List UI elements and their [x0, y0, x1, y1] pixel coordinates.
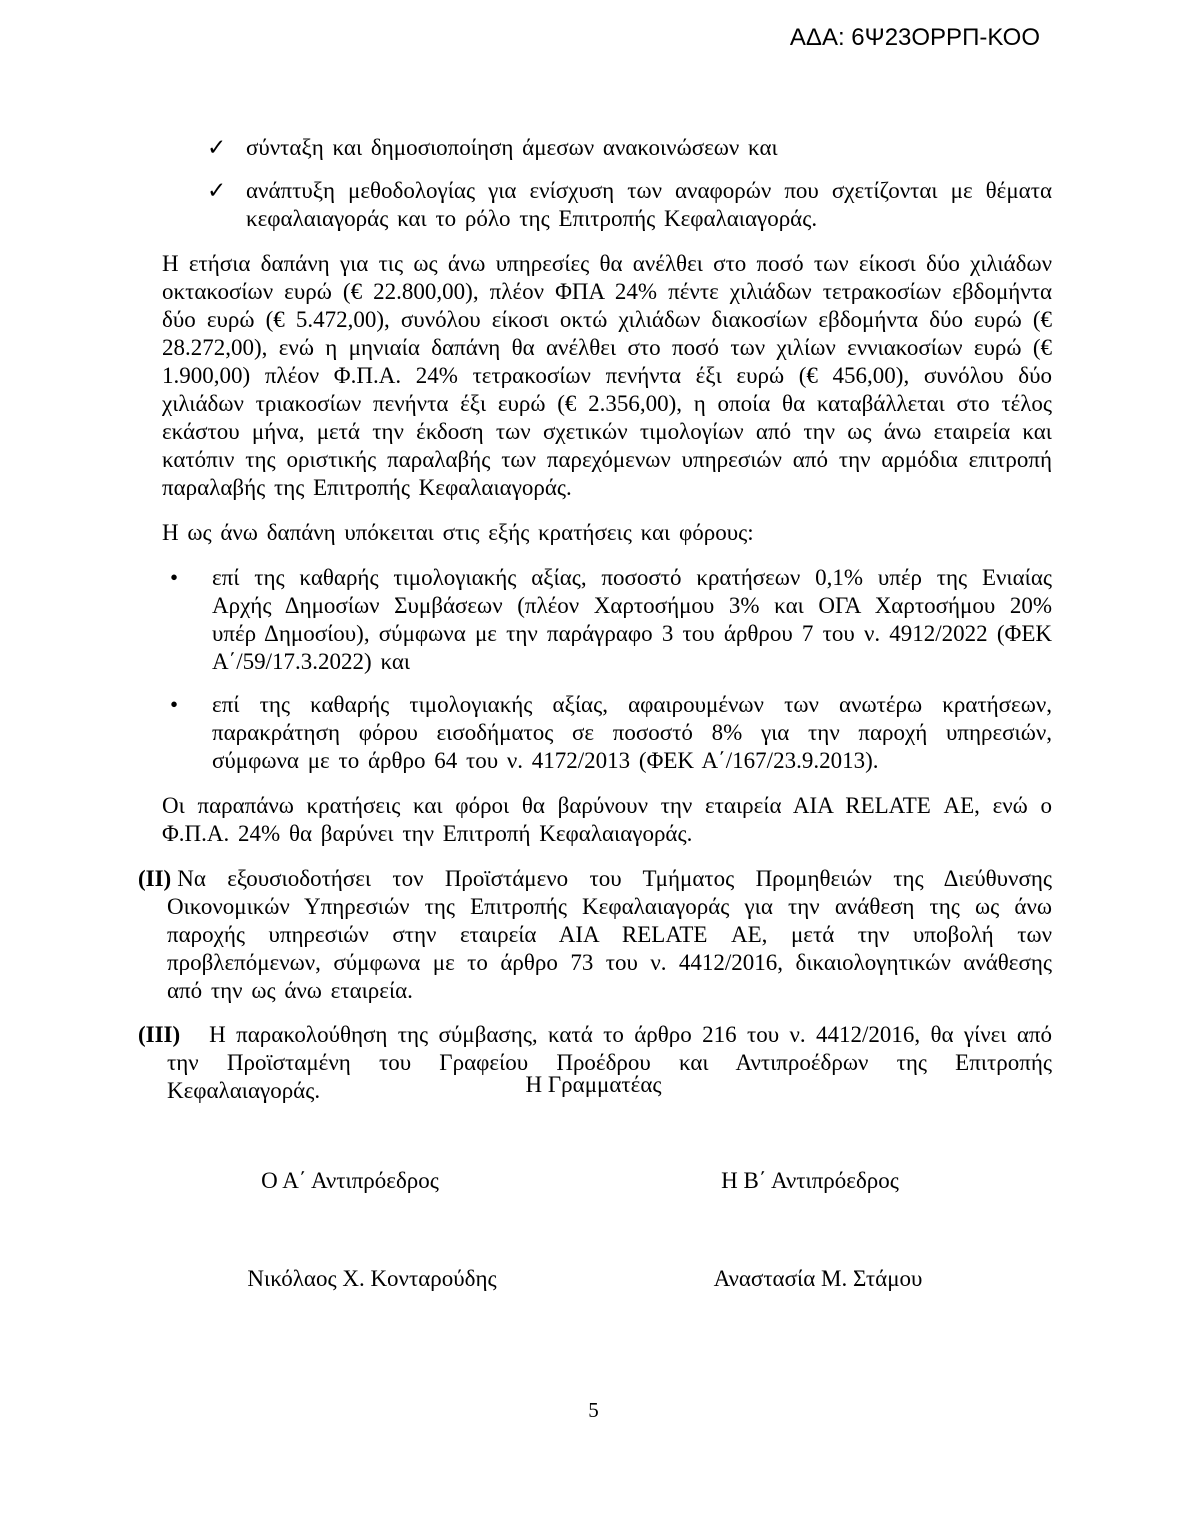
- checklist-item-2: ✓ ανάπτυξη μεθοδολογίας για ενίσχυση των…: [207, 177, 1052, 233]
- bullet-icon: •: [162, 691, 212, 775]
- document-page: ΑΔΑ: 6Ψ23ΟΡΡΠ-ΚΟΟ ✓ σύνταξη και δημοσιοπ…: [0, 0, 1187, 1536]
- checklist-item-text: ανάπτυξη μεθοδολογίας για ενίσχυση των α…: [246, 177, 1052, 233]
- vice-president-b-name: Αναστασία Μ. Στάμου: [658, 1266, 978, 1292]
- charges-paragraph: Οι παραπάνω κρατήσεις και φόροι θα βαρύν…: [162, 792, 1052, 848]
- deduction-bullet-1: • επί της καθαρής τιμολογιακής αξίας, πο…: [162, 564, 1052, 676]
- decision-item-2: (ΙΙ)Να εξουσιοδοτήσει τον Προϊστάμενο το…: [138, 865, 1052, 1005]
- item-2-numeral: (ΙΙ): [138, 866, 171, 891]
- document-body: ✓ σύνταξη και δημοσιοποίηση άμεσων ανακο…: [162, 134, 1052, 1121]
- vice-president-a-title: Ο Α΄ Αντιπρόεδρος: [190, 1168, 510, 1194]
- secretary-title: Η Γραμματέας: [0, 1072, 1187, 1098]
- item-3-numeral: (ΙΙΙ): [138, 1022, 180, 1047]
- checkmark-icon: ✓: [207, 177, 246, 233]
- page-number: 5: [0, 1398, 1187, 1423]
- deductions-intro: Η ως άνω δαπάνη υπόκειται στις εξής κρατ…: [162, 519, 1052, 547]
- annual-expense-paragraph: Η ετήσια δαπάνη για τις ως άνω υπηρεσίες…: [162, 250, 1052, 502]
- ada-code: ΑΔΑ: 6Ψ23ΟΡΡΠ-ΚΟΟ: [790, 24, 1040, 52]
- deduction-bullet-text: επί της καθαρής τιμολογιακής αξίας, αφαι…: [212, 691, 1052, 775]
- checkmark-icon: ✓: [207, 134, 246, 162]
- vice-president-a-name: Νικόλαος Χ. Κονταρούδης: [212, 1266, 532, 1292]
- deduction-bullet-text: επί της καθαρής τιμολογιακής αξίας, ποσο…: [212, 564, 1052, 676]
- bullet-icon: •: [162, 564, 212, 676]
- deduction-bullet-2: • επί της καθαρής τιμολογιακής αξίας, αφ…: [162, 691, 1052, 775]
- item-2-text: Να εξουσιοδοτήσει τον Προϊστάμενο του Τμ…: [167, 866, 1052, 1003]
- checklist-item-1: ✓ σύνταξη και δημοσιοποίηση άμεσων ανακο…: [207, 134, 1052, 162]
- vice-president-b-title: Η Β΄ Αντιπρόεδρος: [650, 1168, 970, 1194]
- checklist-item-text: σύνταξη και δημοσιοποίηση άμεσων ανακοιν…: [246, 134, 1052, 162]
